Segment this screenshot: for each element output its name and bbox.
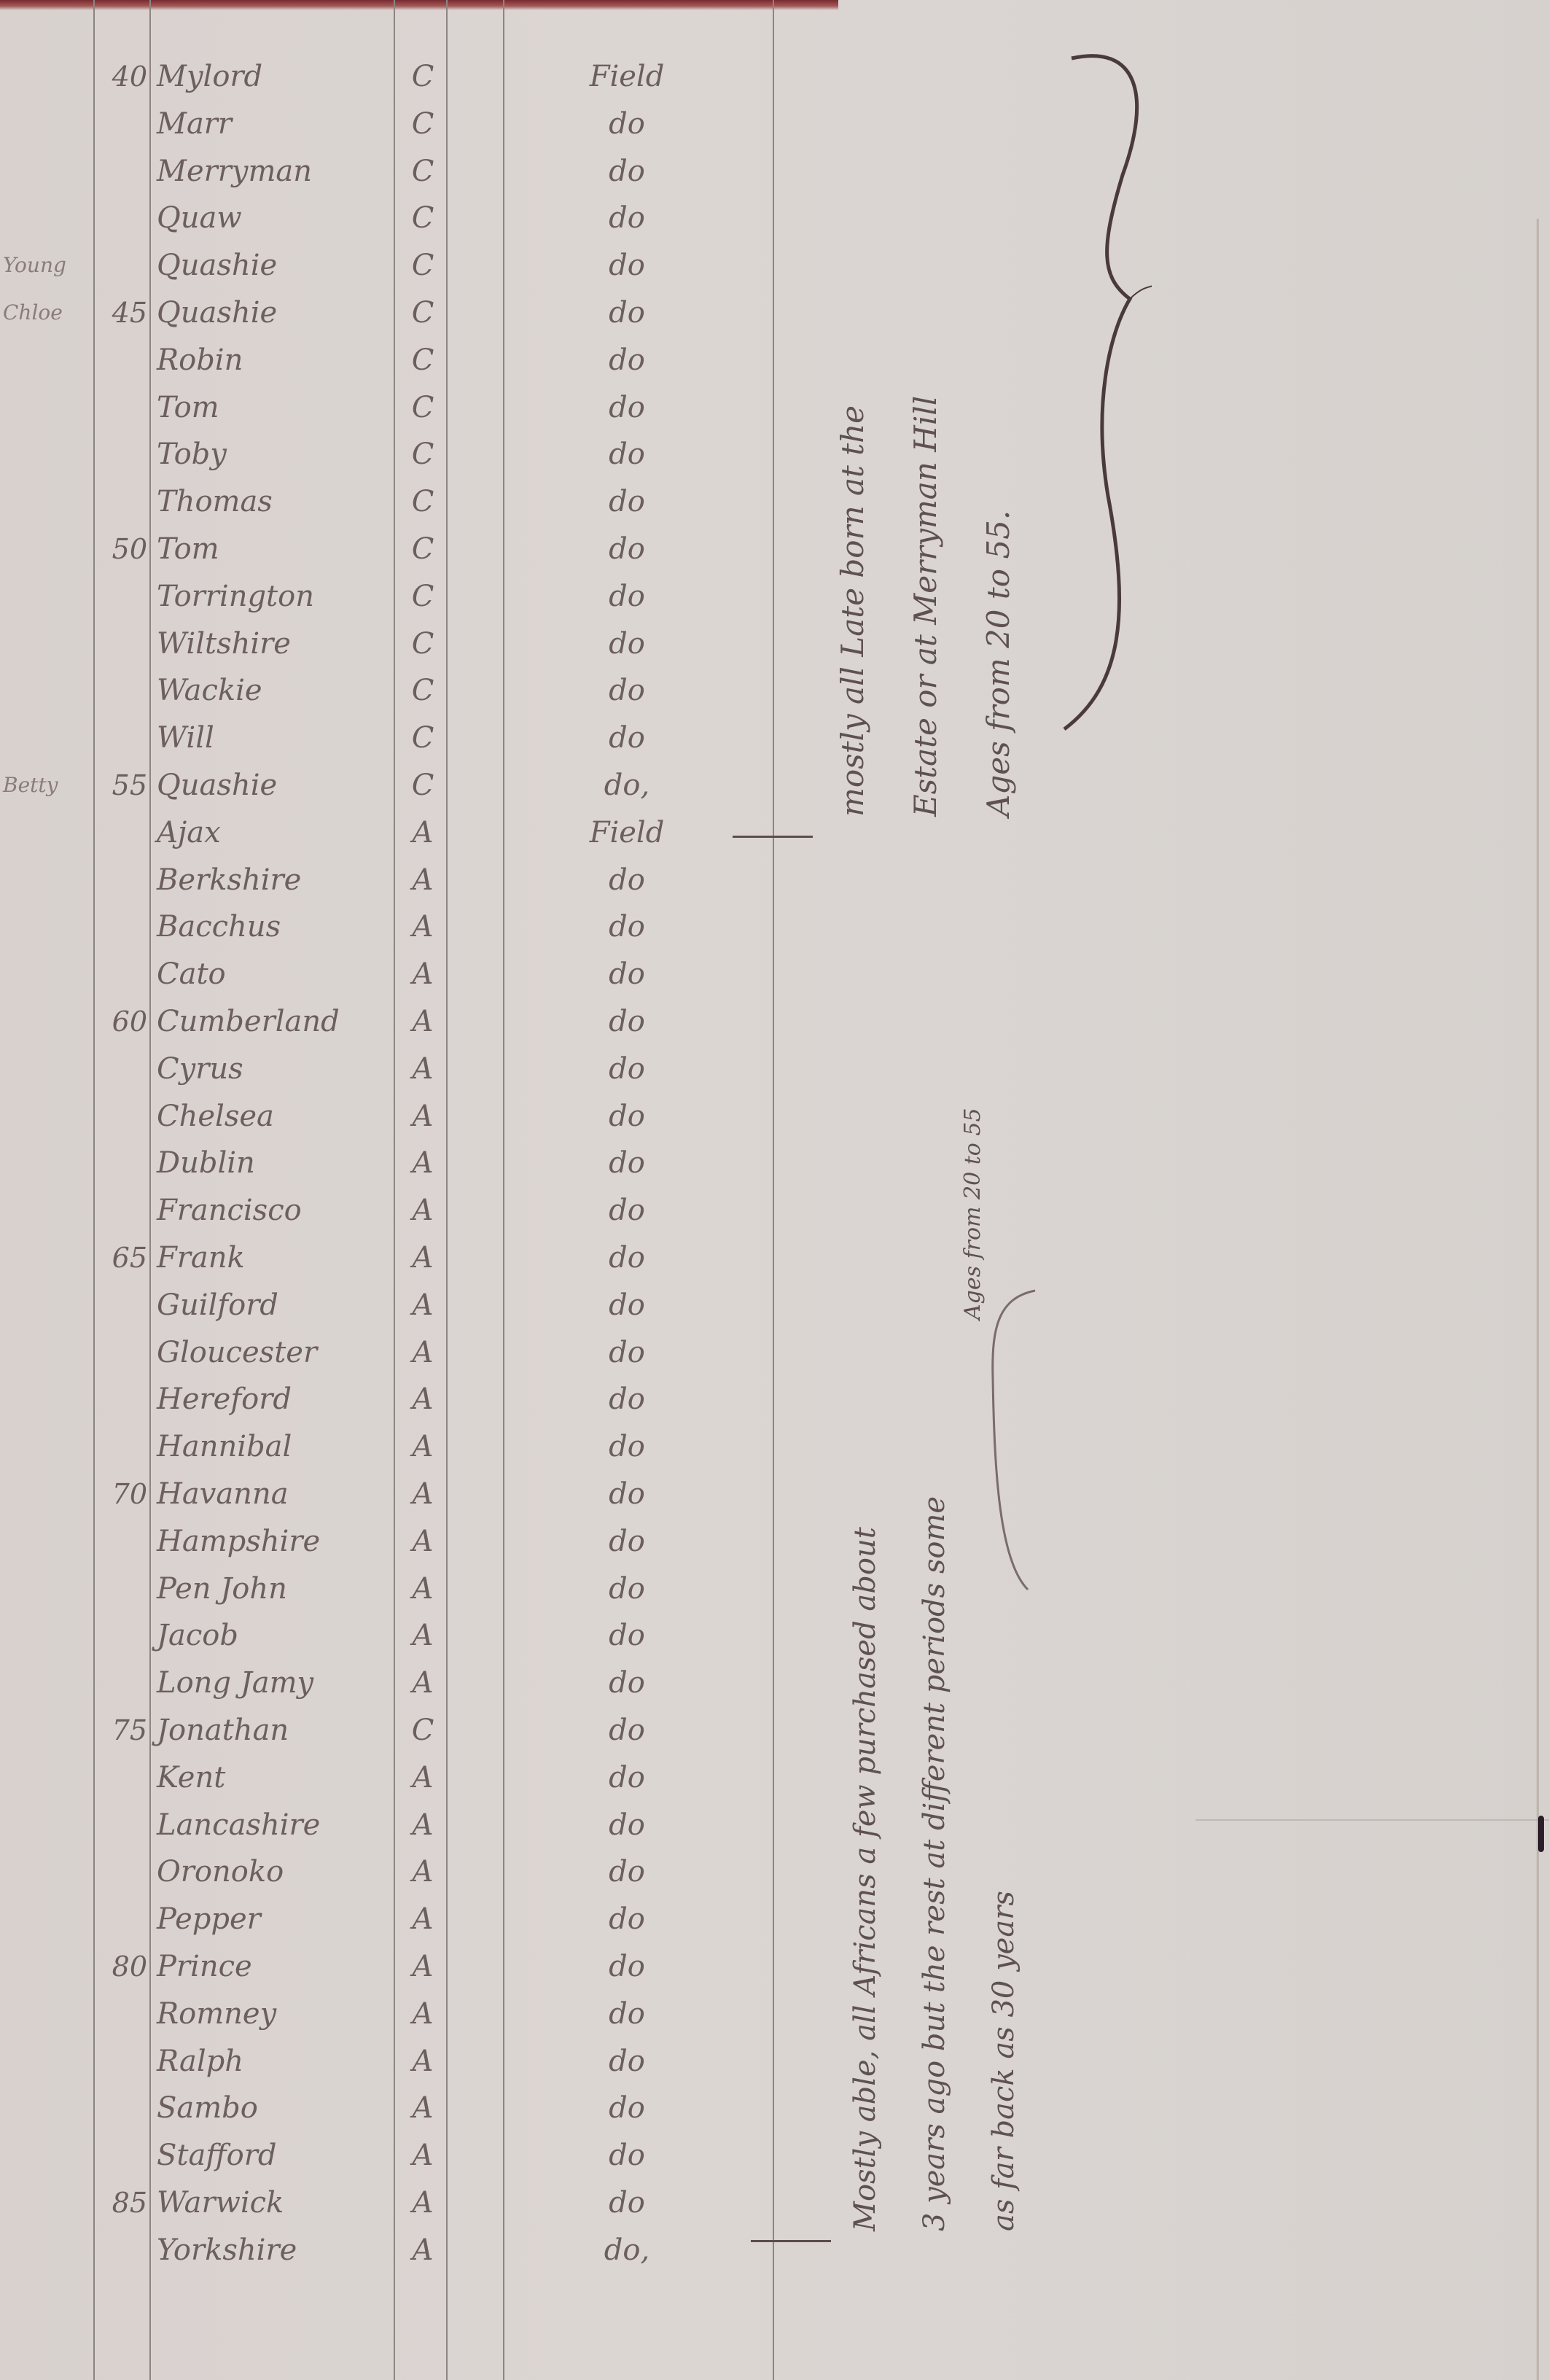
origin-code: A — [405, 2185, 441, 2221]
worker-name: Yorkshire — [157, 2232, 297, 2268]
occupation: do — [554, 626, 700, 662]
row-number: 75 — [95, 1712, 147, 1749]
origin-code: C — [405, 342, 441, 378]
occupation: do — [554, 2137, 700, 2174]
worker-name: Tom — [157, 389, 219, 426]
origin-code: C — [405, 295, 441, 331]
occupation: do — [554, 956, 700, 992]
origin-code: C — [405, 389, 441, 426]
occupation: do — [554, 1003, 700, 1040]
occupation: do — [554, 1617, 700, 1654]
worker-name: Marr — [157, 106, 232, 142]
table-row: TorringtonCdo — [0, 572, 773, 621]
origin-code: A — [405, 909, 441, 945]
worker-name: Wackie — [157, 672, 262, 709]
occupation: do — [554, 862, 700, 898]
remarks-africans-ages: Ages from 20 to 55 — [959, 1108, 988, 1320]
table-row: RomneyAdo — [0, 1990, 773, 2038]
occupation: do — [554, 106, 700, 142]
row-number: 50 — [95, 531, 147, 567]
origin-code: A — [405, 1901, 441, 1937]
origin-code: C — [405, 200, 441, 236]
table-row: Betty55QuashieCdo, — [0, 761, 773, 809]
occupation: do — [554, 1523, 700, 1560]
worker-name: Cato — [157, 956, 226, 992]
worker-name: Merryman — [157, 153, 312, 190]
origin-code: A — [405, 2232, 441, 2268]
worker-name: Kent — [157, 1759, 225, 1796]
origin-code: A — [405, 1428, 441, 1465]
occupation: do — [554, 1098, 700, 1135]
row-number: 40 — [95, 58, 147, 95]
worker-name: Lancashire — [157, 1807, 320, 1843]
worker-name: Ajax — [157, 814, 221, 851]
origin-code: A — [405, 1381, 441, 1417]
worker-name: Frank — [157, 1240, 245, 1276]
table-row: YoungQuashieCdo — [0, 241, 773, 289]
table-row: SamboAdo — [0, 2084, 773, 2132]
occupation: do — [554, 1287, 700, 1323]
table-row: OronokoAdo — [0, 1848, 773, 1896]
remark-line: Mostly able, all Africans a few purchase… — [831, 1496, 900, 2231]
table-row: StaffordAdo — [0, 2131, 773, 2179]
occupation: do — [554, 1807, 700, 1843]
origin-code: A — [405, 1759, 441, 1796]
occupation: do — [554, 247, 700, 284]
occupation: do — [554, 672, 700, 709]
origin-code: A — [405, 1192, 441, 1229]
table-row: MarrCdo — [0, 100, 773, 148]
worker-name: Torrington — [157, 578, 314, 615]
table-row: TomCdo — [0, 384, 773, 432]
table-row: PepperAdo — [0, 1895, 773, 1943]
occupation: do — [554, 1145, 700, 1181]
worker-name: Long Jamy — [157, 1665, 313, 1701]
worker-name: Warwick — [157, 2185, 284, 2221]
worker-name: Cyrus — [157, 1051, 243, 1087]
table-row: 70HavannaAdo — [0, 1470, 773, 1518]
remark-line: mostly all Late born at the — [816, 396, 889, 817]
table-row: WackieCdo — [0, 666, 773, 715]
table-row: 80PrinceAdo — [0, 1942, 773, 1991]
origin-code: C — [405, 153, 441, 190]
remark-line: as far back as 30 years — [969, 1496, 1039, 2231]
worker-name: Pen John — [157, 1571, 287, 1607]
table-row: 60CumberlandAdo — [0, 997, 773, 1046]
origin-code: A — [405, 2090, 441, 2126]
worker-name: Will — [157, 720, 214, 756]
table-row: 85WarwickAdo — [0, 2179, 773, 2227]
remark-line: 3 years ago but the rest at different pe… — [900, 1496, 969, 2231]
worker-name: Prince — [157, 1948, 252, 1985]
table-row: Pen JohnAdo — [0, 1565, 773, 1613]
table-row: KentAdo — [0, 1754, 773, 1802]
worker-name: Romney — [157, 1996, 276, 2032]
table-row: DublinAdo — [0, 1139, 773, 1187]
origin-code: A — [405, 1287, 441, 1323]
worker-name: Stafford — [157, 2137, 276, 2174]
occupation: do — [554, 2043, 700, 2080]
origin-code: C — [405, 483, 441, 520]
table-row: FranciscoAdo — [0, 1186, 773, 1234]
origin-code: C — [405, 531, 441, 567]
origin-code: A — [405, 1098, 441, 1135]
worker-name: Mylord — [157, 58, 262, 95]
worker-name: Bacchus — [157, 909, 281, 945]
paper-fold — [1195, 1819, 1549, 1821]
section-divider-end — [751, 2240, 831, 2242]
worker-name: Jonathan — [157, 1712, 289, 1749]
table-row: WiltshireCdo — [0, 620, 773, 668]
worker-name: Francisco — [157, 1192, 302, 1229]
origin-code: A — [405, 1617, 441, 1654]
origin-code: A — [405, 862, 441, 898]
worker-name: Cumberland — [157, 1003, 340, 1040]
worker-name: Hannibal — [157, 1428, 292, 1465]
origin-code: A — [405, 1334, 441, 1371]
origin-code: C — [405, 720, 441, 756]
origin-code: C — [405, 626, 441, 662]
margin-note: Betty — [3, 767, 58, 804]
origin-code: A — [405, 1240, 441, 1276]
table-row: JacobAdo — [0, 1611, 773, 1660]
table-row: BacchusAdo — [0, 903, 773, 951]
occupation: do — [554, 1476, 700, 1512]
origin-code: A — [405, 814, 441, 851]
ledger-page: 40MylordCFieldMarrCdoMerrymanCdoQuawCdoY… — [0, 0, 1549, 2380]
remarks-creoles: mostly all Late born at the Estate or at… — [816, 396, 1035, 817]
occupation: do — [554, 578, 700, 615]
worker-name: Tom — [157, 531, 219, 567]
origin-code: C — [405, 247, 441, 284]
table-row: MerrymanCdo — [0, 147, 773, 195]
table-row: 50TomCdo — [0, 525, 773, 573]
origin-code: A — [405, 956, 441, 992]
worker-name: Quashie — [157, 767, 277, 804]
occupation: do — [554, 153, 700, 190]
occupation: do — [554, 200, 700, 236]
worker-name: Ralph — [157, 2043, 243, 2080]
worker-name: Havanna — [157, 1476, 289, 1512]
occupation: do — [554, 1901, 700, 1937]
row-number: 55 — [95, 767, 147, 804]
worker-name: Berkshire — [157, 862, 301, 898]
origin-code: C — [405, 58, 441, 95]
row-number: 45 — [95, 295, 147, 331]
row-number: 70 — [95, 1476, 147, 1512]
remark-line: Ages from 20 to 55. — [962, 396, 1035, 817]
occupation: do — [554, 1334, 700, 1371]
worker-name: Hereford — [157, 1381, 292, 1417]
origin-code: A — [405, 1476, 441, 1512]
occupation: do — [554, 1051, 700, 1087]
occupation: do — [554, 1665, 700, 1701]
row-number: 85 — [95, 2185, 147, 2221]
margin-note: Young — [3, 247, 66, 284]
worker-name: Jacob — [157, 1617, 238, 1654]
origin-code: C — [405, 578, 441, 615]
worker-name: Chelsea — [157, 1098, 274, 1135]
worker-name: Quashie — [157, 247, 277, 284]
table-row: GuilfordAdo — [0, 1281, 773, 1329]
paper-edge-shadow — [1537, 219, 1539, 2380]
remark-line: Estate or at Merryman Hill — [889, 396, 962, 817]
occupation: do — [554, 1996, 700, 2032]
worker-name: Gloucester — [157, 1334, 317, 1371]
worker-name: Oronoko — [157, 1854, 284, 1890]
origin-code: A — [405, 1523, 441, 1560]
origin-code: A — [405, 2043, 441, 2080]
table-row: QuawCdo — [0, 194, 773, 242]
binding-edge — [0, 0, 838, 10]
table-row: ThomasCdo — [0, 478, 773, 526]
occupation: do — [554, 295, 700, 331]
worker-name: Pepper — [157, 1901, 261, 1937]
worker-name: Quashie — [157, 295, 277, 331]
occupation: do — [554, 2185, 700, 2221]
worker-name: Hampshire — [157, 1523, 320, 1560]
origin-code: A — [405, 1665, 441, 1701]
worker-name: Dublin — [157, 1145, 255, 1181]
occupation: do — [554, 909, 700, 945]
worker-name: Wiltshire — [157, 626, 291, 662]
occupation: do — [554, 1759, 700, 1796]
table-row: HerefordAdo — [0, 1375, 773, 1423]
occupation: do, — [554, 2232, 700, 2268]
origin-code: A — [405, 1948, 441, 1985]
occupation: do — [554, 531, 700, 567]
origin-code: C — [405, 672, 441, 709]
occupation: Field — [554, 58, 700, 95]
worker-name: Thomas — [157, 483, 273, 520]
table-row: CyrusAdo — [0, 1045, 773, 1093]
worker-name: Toby — [157, 436, 227, 472]
occupation: do, — [554, 767, 700, 804]
occupation: do — [554, 1428, 700, 1465]
occupation: do — [554, 1571, 700, 1607]
ages-note: Ages from 20 to 55 — [959, 1108, 988, 1320]
table-row: RobinCdo — [0, 336, 773, 384]
origin-code: A — [405, 1996, 441, 2032]
table-row: GloucesterAdo — [0, 1329, 773, 1377]
occupation: do — [554, 1854, 700, 1890]
occupation: do — [554, 389, 700, 426]
worker-name: Guilford — [157, 1287, 278, 1323]
origin-code: A — [405, 1145, 441, 1181]
origin-code: A — [405, 1807, 441, 1843]
section-divider — [733, 836, 813, 838]
table-row: HampshireAdo — [0, 1517, 773, 1566]
worker-name: Robin — [157, 342, 243, 378]
occupation: do — [554, 1192, 700, 1229]
column-rule-remarks — [773, 0, 774, 2380]
margin-note: Chloe — [3, 295, 63, 331]
ink-blot — [1538, 1816, 1544, 1852]
worker-name: Sambo — [157, 2090, 258, 2126]
occupation: do — [554, 342, 700, 378]
remarks-africans: Mostly able, all Africans a few purchase… — [831, 1496, 1039, 2231]
occupation: do — [554, 1381, 700, 1417]
table-row: YorkshireAdo, — [0, 2226, 773, 2274]
occupation: do — [554, 1240, 700, 1276]
occupation: do — [554, 1948, 700, 1985]
origin-code: C — [405, 106, 441, 142]
occupation: do — [554, 2090, 700, 2126]
table-row: LancashireAdo — [0, 1801, 773, 1849]
origin-code: C — [405, 436, 441, 472]
row-number: 60 — [95, 1003, 147, 1040]
origin-code: C — [405, 767, 441, 804]
table-row: 75JonathanCdo — [0, 1706, 773, 1754]
table-row: Chloe45QuashieCdo — [0, 289, 773, 337]
origin-code: A — [405, 2137, 441, 2174]
table-row: RalphAdo — [0, 2037, 773, 2085]
row-number: 80 — [95, 1948, 147, 1985]
worker-name: Quaw — [157, 200, 242, 236]
occupation: do — [554, 720, 700, 756]
table-row: WillCdo — [0, 714, 773, 762]
brace-icon — [1050, 29, 1152, 758]
origin-code: A — [405, 1003, 441, 1040]
table-row: HannibalAdo — [0, 1423, 773, 1471]
occupation: do — [554, 436, 700, 472]
occupation: Field — [554, 814, 700, 851]
table-row: BerkshireAdo — [0, 856, 773, 904]
occupation: do — [554, 483, 700, 520]
table-row: ChelseaAdo — [0, 1092, 773, 1140]
table-row: CatoAdo — [0, 950, 773, 998]
table-row: 65FrankAdo — [0, 1234, 773, 1282]
table-row: AjaxAField — [0, 809, 773, 857]
origin-code: A — [405, 1051, 441, 1087]
row-number: 65 — [95, 1240, 147, 1276]
occupation: do — [554, 1712, 700, 1749]
table-row: TobyCdo — [0, 430, 773, 478]
origin-code: A — [405, 1571, 441, 1607]
origin-code: C — [405, 1712, 441, 1749]
table-row: 40MylordCField — [0, 52, 773, 101]
table-row: Long JamyAdo — [0, 1659, 773, 1707]
brace-icon — [984, 1283, 1050, 1604]
origin-code: A — [405, 1854, 441, 1890]
